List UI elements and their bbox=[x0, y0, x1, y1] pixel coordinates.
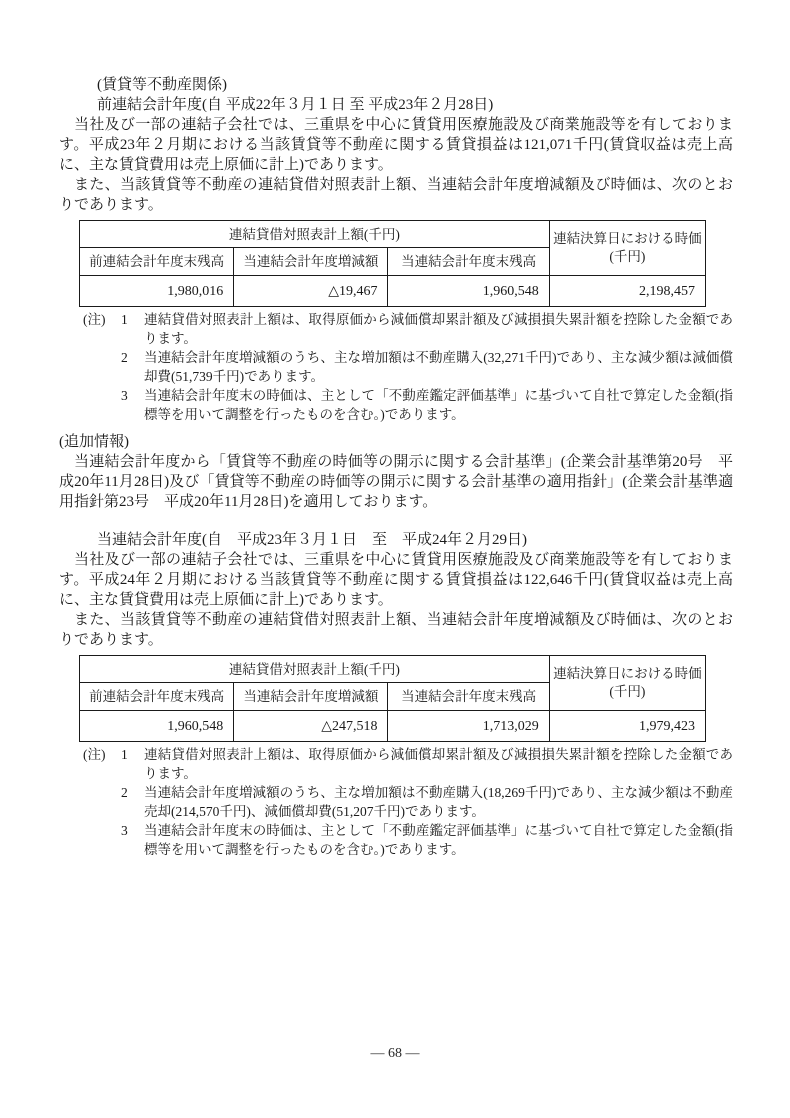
note-text: 当連結会計年度増減額のうち、主な増加額は不動産購入(32,271千円)であり、主… bbox=[144, 348, 733, 386]
col-header-current-balance: 当連結会計年度末残高 bbox=[388, 683, 549, 711]
fair-value-header-line2: (千円) bbox=[609, 249, 645, 264]
col-header-current-balance: 当連結会計年度末残高 bbox=[388, 248, 549, 276]
note-text: 当連結会計年度末の時価は、主として「不動産鑑定評価基準」に基づいて自社で算定した… bbox=[144, 386, 733, 424]
amount-fair-value: 1,979,423 bbox=[549, 711, 705, 742]
note-row: 3 当連結会計年度末の時価は、主として「不動産鑑定評価基準」に基づいて自社で算定… bbox=[83, 821, 733, 859]
fair-value-header-line1: 連結決算日における時価 bbox=[553, 666, 702, 681]
prev-fiscal-year-paragraph-2: また、当該賃貸等不動産の連結貸借対照表計上額、当連結会計年度増減額及び時価は、次… bbox=[59, 175, 733, 215]
note-number: 2 bbox=[121, 783, 144, 821]
current-fiscal-year-section: 当連結会計年度(自 平成23年３月１日 至 平成24年２月29日) 当社及び一部… bbox=[59, 530, 733, 859]
fair-value-header-cell: 連結決算日における時価 (千円) bbox=[549, 221, 705, 276]
note-number: 1 bbox=[121, 310, 144, 348]
note-text: 連結貸借対照表計上額は、取得原価から減価償却累計額及び減損損失累計額を控除した金… bbox=[144, 745, 733, 783]
fair-value-header-line2: (千円) bbox=[609, 684, 645, 699]
amount-prev-balance: 1,960,548 bbox=[80, 711, 234, 742]
fair-value-header-line1: 連結決算日における時価 bbox=[553, 231, 702, 246]
amount-change: △19,467 bbox=[234, 276, 388, 307]
amount-current-balance: 1,960,548 bbox=[388, 276, 549, 307]
prev-balance-sheet-table: 連結貸借対照表計上額(千円) 連結決算日における時価 (千円) 前連結会計年度末… bbox=[79, 220, 706, 307]
current-fiscal-year-paragraph-2: また、当該賃貸等不動産の連結貸借対照表計上額、当連結会計年度増減額及び時価は、次… bbox=[59, 610, 733, 650]
note-row: 2 当連結会計年度増減額のうち、主な増加額は不動産購入(18,269千円)であり… bbox=[83, 783, 733, 821]
prev-notes: (注) 1 連結貸借対照表計上額は、取得原価から減価償却累計額及び減損損失累計額… bbox=[83, 310, 733, 424]
amount-change: △247,518 bbox=[234, 711, 388, 742]
note-number: 3 bbox=[121, 821, 144, 859]
col-header-prev-balance: 前連結会計年度末残高 bbox=[80, 683, 234, 711]
note-text: 連結貸借対照表計上額は、取得原価から減価償却累計額及び減損損失累計額を控除した金… bbox=[144, 310, 733, 348]
col-header-prev-balance: 前連結会計年度末残高 bbox=[80, 248, 234, 276]
prev-fiscal-year-heading: 前連結会計年度(自 平成22年３月１日 至 平成23年２月28日) bbox=[97, 95, 733, 115]
group-header-cell: 連結貸借対照表計上額(千円) bbox=[80, 656, 550, 683]
additional-info-title: (追加情報) bbox=[59, 432, 733, 452]
additional-info-body: 当連結会計年度から「賃貸等不動産の時価等の開示に関する会計基準」(企業会計基準第… bbox=[59, 452, 733, 512]
current-fiscal-year-heading: 当連結会計年度(自 平成23年３月１日 至 平成24年２月29日) bbox=[97, 530, 733, 550]
note-label: (注) bbox=[83, 310, 121, 348]
note-row: 2 当連結会計年度増減額のうち、主な増加額は不動産購入(32,271千円)であり… bbox=[83, 348, 733, 386]
group-header-cell: 連結貸借対照表計上額(千円) bbox=[80, 221, 550, 248]
col-header-change: 当連結会計年度増減額 bbox=[234, 683, 388, 711]
current-balance-sheet-table: 連結貸借対照表計上額(千円) 連結決算日における時価 (千円) 前連結会計年度末… bbox=[79, 655, 706, 742]
note-number: 3 bbox=[121, 386, 144, 424]
note-number: 2 bbox=[121, 348, 144, 386]
note-text: 当連結会計年度増減額のうち、主な増加額は不動産購入(18,269千円)であり、主… bbox=[144, 783, 733, 821]
note-number: 1 bbox=[121, 745, 144, 783]
page-content: (賃貸等不動産関係) 前連結会計年度(自 平成22年３月１日 至 平成23年２月… bbox=[59, 75, 733, 859]
page-number: — 68 — bbox=[0, 1046, 790, 1062]
note-row: 3 当連結会計年度末の時価は、主として「不動産鑑定評価基準」に基づいて自社で算定… bbox=[83, 386, 733, 424]
col-header-change: 当連結会計年度増減額 bbox=[234, 248, 388, 276]
note-row: (注) 1 連結貸借対照表計上額は、取得原価から減価償却累計額及び減損損失累計額… bbox=[83, 310, 733, 348]
note-text: 当連結会計年度末の時価は、主として「不動産鑑定評価基準」に基づいて自社で算定した… bbox=[144, 821, 733, 859]
current-fiscal-year-paragraph-1: 当社及び一部の連結子会社では、三重県を中心に賃貸用医療施設及び商業施設等を有して… bbox=[59, 550, 733, 610]
amount-fair-value: 2,198,457 bbox=[549, 276, 705, 307]
fair-value-header-cell: 連結決算日における時価 (千円) bbox=[549, 656, 705, 711]
amount-prev-balance: 1,980,016 bbox=[80, 276, 234, 307]
amount-current-balance: 1,713,029 bbox=[388, 711, 549, 742]
document-page: (賃貸等不動産関係) 前連結会計年度(自 平成22年３月１日 至 平成23年２月… bbox=[0, 0, 790, 1118]
prev-fiscal-year-paragraph-1: 当社及び一部の連結子会社では、三重県を中心に賃貸用医療施設及び商業施設等を有して… bbox=[59, 115, 733, 175]
note-label: (注) bbox=[83, 745, 121, 783]
note-row: (注) 1 連結貸借対照表計上額は、取得原価から減価償却累計額及び減損損失累計額… bbox=[83, 745, 733, 783]
additional-info-section: (追加情報) 当連結会計年度から「賃貸等不動産の時価等の開示に関する会計基準」(… bbox=[59, 432, 733, 512]
section-title: (賃貸等不動産関係) bbox=[97, 75, 733, 95]
current-notes: (注) 1 連結貸借対照表計上額は、取得原価から減価償却累計額及び減損損失累計額… bbox=[83, 745, 733, 859]
